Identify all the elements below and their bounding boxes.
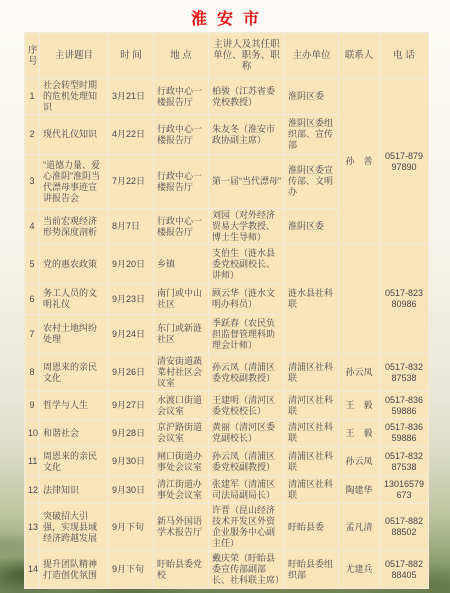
table-cell: 8 bbox=[25, 354, 40, 392]
table-cell: 盱眙县委党校 bbox=[154, 551, 209, 589]
table-row: 1社会转型时期的危机处理知识3月21日行政中心一楼报告厅柏骏（江苏省委党校教授）… bbox=[25, 79, 429, 115]
table-cell: 10 bbox=[25, 420, 40, 447]
table-row: 5党的惠农政策9月20日乡镇支伯生（涟水县委党校副校长、讲师）涟水县社科联051… bbox=[25, 245, 429, 284]
table-cell: 9月20日 bbox=[109, 245, 154, 284]
table-cell: 清河区社科联 bbox=[285, 420, 339, 447]
table-cell: 9 bbox=[25, 392, 40, 420]
table-cell: 许晋（昆山经济技术开发区外资企业服务中心副主任） bbox=[209, 504, 285, 551]
page-title: 淮安市 bbox=[0, 6, 450, 29]
table-cell: 清浦区社科联 bbox=[285, 354, 339, 392]
table-cell: 现代礼仪知识 bbox=[40, 115, 109, 155]
column-header: 联系人 bbox=[339, 33, 380, 79]
table-cell: 9月下旬 bbox=[109, 504, 154, 551]
table-cell: 京沪路街道会议室 bbox=[154, 420, 209, 447]
table-cell: 0517-87997890 bbox=[380, 79, 429, 245]
table-cell: 13 bbox=[25, 504, 40, 551]
table-cell: 和谐社会 bbox=[40, 420, 109, 447]
table-cell: 9月下旬 bbox=[109, 551, 154, 589]
table-cell: 张建军（清浦区司法局副局长） bbox=[209, 477, 285, 504]
table-cell: 3 bbox=[25, 155, 40, 209]
table-cell: 朱友冬（淮安市政协副主席） bbox=[209, 115, 285, 155]
table-cell: 柏骏（江苏省委党校教授） bbox=[209, 79, 285, 115]
column-header: 主讲人及其任职单位、职务、职称 bbox=[209, 33, 285, 79]
table-cell: 涟水县社科联 bbox=[285, 245, 339, 354]
table-cell: 清浦区社科联 bbox=[285, 447, 339, 477]
table-cell: 支伯生（涟水县委党校副校长、讲师） bbox=[209, 245, 285, 284]
table-cell: 9月26日 bbox=[109, 354, 154, 392]
table-cell: “道德力量、爱心淮阴”淮阴当代漂母事迹宣讲报告会 bbox=[40, 155, 109, 209]
table-cell: 王建明（清河区委党校校长） bbox=[209, 392, 285, 420]
table-cell: 提升团队精神打造创优氛围 bbox=[40, 551, 109, 589]
header-row: 序号主讲题目时 间地 点主讲人及其任职单位、职务、职称主办单位联系人电 话 bbox=[25, 33, 429, 79]
table-cell: 当前宏观经济形势深度剖析 bbox=[40, 209, 109, 245]
table-cell: 法律知识 bbox=[40, 477, 109, 504]
table-row: 9哲学与人生9月27日水渡口街道会议室王建明（清河区委党校校长）清河区社科联王 … bbox=[25, 392, 429, 420]
table-cell: 7月22日 bbox=[109, 155, 154, 209]
table-cell: 周恩来的亲民文化 bbox=[40, 447, 109, 477]
table-cell: 行政中心一楼报告厅 bbox=[154, 79, 209, 115]
column-header: 时 间 bbox=[109, 33, 154, 79]
table-cell: 农村土地纠纷处理 bbox=[40, 315, 109, 354]
table-row: 13突破招大引强，实现县域经济跨越发展9月下旬新马外国语学术报告厅许晋（昆山经济… bbox=[25, 504, 429, 551]
column-header: 电 话 bbox=[380, 33, 429, 79]
table-cell: 新马外国语学术报告厅 bbox=[154, 504, 209, 551]
table-cell bbox=[339, 245, 380, 354]
column-header: 主办单位 bbox=[285, 33, 339, 79]
table-row: 8周恩来的亲民文化9月26日清安街道蔬菜村社区会议室孙云凤（清浦区委党校副教授）… bbox=[25, 354, 429, 392]
table-cell: 戴庆荣（盱眙县委宣传部副部长、社科联主席） bbox=[209, 551, 285, 589]
column-header: 序号 bbox=[25, 33, 40, 79]
table-cell: 13016579673 bbox=[380, 477, 429, 504]
table-cell: 9月30日 bbox=[109, 447, 154, 477]
table-cell: 行政中心一楼报告厅 bbox=[154, 209, 209, 245]
table-row: 14提升团队精神打造创优氛围9月下旬盱眙县委党校戴庆荣（盱眙县委宣传部副部长、社… bbox=[25, 551, 429, 589]
table-cell: 南门或中山社区 bbox=[154, 284, 209, 315]
table-cell: 第一届“当代漂母” bbox=[209, 155, 285, 209]
table-cell: 淮阴区委宣传部、文明办 bbox=[285, 155, 339, 209]
table-cell: 0517-83659886 bbox=[380, 392, 429, 420]
table-cell: 1 bbox=[25, 79, 40, 115]
table-cell: 淮阴区委 bbox=[285, 79, 339, 115]
table-cell: 清江街道办事处会议室 bbox=[154, 477, 209, 504]
table-cell: 9月28日 bbox=[109, 420, 154, 447]
table-cell: 突破招大引强，实现县域经济跨越发展 bbox=[40, 504, 109, 551]
table-cell: 哲学与人生 bbox=[40, 392, 109, 420]
table-cell: 0517-82380986 bbox=[380, 245, 429, 354]
table-cell: 刘园（对外经济贸易大学教授、博士生导师） bbox=[209, 209, 285, 245]
table-cell: 淮阴区委 bbox=[285, 209, 339, 245]
table-body: 1社会转型时期的危机处理知识3月21日行政中心一楼报告厅柏骏（江苏省委党校教授）… bbox=[25, 79, 429, 589]
table-cell: 11 bbox=[25, 447, 40, 477]
table-cell: 清浦区社科联 bbox=[285, 477, 339, 504]
column-header: 主讲题目 bbox=[40, 33, 109, 79]
table-row: 12法律知识9月30日清江街道办事处会议室张建军（清浦区司法局副局长）清浦区社科… bbox=[25, 477, 429, 504]
table-cell: 东门或新涟社区 bbox=[154, 315, 209, 354]
table-cell: 乡镇 bbox=[154, 245, 209, 284]
table-cell: 12 bbox=[25, 477, 40, 504]
table-cell: 党的惠农政策 bbox=[40, 245, 109, 284]
table-cell: 顾云华（涟水文明办科员） bbox=[209, 284, 285, 315]
table-cell: 8月7日 bbox=[109, 209, 154, 245]
table-row: 10和谐社会9月28日京沪路街道会议室黄丽（清河区委党副校长）清河区社科联王 毅… bbox=[25, 420, 429, 447]
table-cell: 王 毅 bbox=[339, 420, 380, 447]
table-cell: 0517-88288405 bbox=[380, 551, 429, 589]
background-photo: 淮安市 序号主讲题目时 间地 点主讲人及其任职单位、职务、职称主办单位联系人电 … bbox=[0, 0, 450, 593]
table-cell: 行政中心一楼报告厅 bbox=[154, 155, 209, 209]
table-cell: 孙云凤 bbox=[339, 447, 380, 477]
table-cell: 3月21日 bbox=[109, 79, 154, 115]
table-cell: 孙云凤（清浦区委党校副教授） bbox=[209, 447, 285, 477]
table-cell: 2 bbox=[25, 115, 40, 155]
table-cell: 9月30日 bbox=[109, 477, 154, 504]
schedule-table: 序号主讲题目时 间地 点主讲人及其任职单位、职务、职称主办单位联系人电 话 1社… bbox=[24, 32, 429, 589]
column-header: 地 点 bbox=[154, 33, 209, 79]
table-cell: 9月23日 bbox=[109, 284, 154, 315]
table-cell: 0517-83287538 bbox=[380, 354, 429, 392]
table-cell: 淮阴区委组织部、宣传部 bbox=[285, 115, 339, 155]
table-cell: 孙 善 bbox=[339, 79, 380, 245]
table-row: 11周恩来的亲民文化9月30日闸口街道办事处会议室孙云凤（清浦区委党校副教授）清… bbox=[25, 447, 429, 477]
table-cell: 行政中心一楼报告厅 bbox=[154, 115, 209, 155]
table-cell: 清河区社科联 bbox=[285, 392, 339, 420]
table-cell: 季跃春（农民负担监督管理科助理会计师） bbox=[209, 315, 285, 354]
table-cell: 0517-88288502 bbox=[380, 504, 429, 551]
table-cell: 孙云凤（清浦区委党校副教授） bbox=[209, 354, 285, 392]
table-cell: 孙云凤 bbox=[339, 354, 380, 392]
table-cell: 王 毅 bbox=[339, 392, 380, 420]
table-cell: 9月24日 bbox=[109, 315, 154, 354]
table-cell: 清安街道蔬菜村社区会议室 bbox=[154, 354, 209, 392]
table-cell: 陶建华 bbox=[339, 477, 380, 504]
table-cell: 7 bbox=[25, 315, 40, 354]
table-cell: 尤建兵 bbox=[339, 551, 380, 589]
table-cell: 14 bbox=[25, 551, 40, 589]
table-cell: 4月22日 bbox=[109, 115, 154, 155]
table-cell: 9月27日 bbox=[109, 392, 154, 420]
table-cell: 周恩来的亲民文化 bbox=[40, 354, 109, 392]
table-cell: 盱眙县委 bbox=[285, 504, 339, 551]
table-cell: 孟凡清 bbox=[339, 504, 380, 551]
table-cell: 5 bbox=[25, 245, 40, 284]
table-cell: 社会转型时期的危机处理知识 bbox=[40, 79, 109, 115]
table-cell: 0517-83287538 bbox=[380, 447, 429, 477]
table-cell: 4 bbox=[25, 209, 40, 245]
table-cell: 务工人员的文明礼仪 bbox=[40, 284, 109, 315]
table-cell: 闸口街道办事处会议室 bbox=[154, 447, 209, 477]
table-cell: 水渡口街道会议室 bbox=[154, 392, 209, 420]
table-cell: 6 bbox=[25, 284, 40, 315]
table-cell: 0517-83659886 bbox=[380, 420, 429, 447]
table-cell: 盱眙县委组织部 bbox=[285, 551, 339, 589]
table-cell: 黄丽（清河区委党副校长） bbox=[209, 420, 285, 447]
